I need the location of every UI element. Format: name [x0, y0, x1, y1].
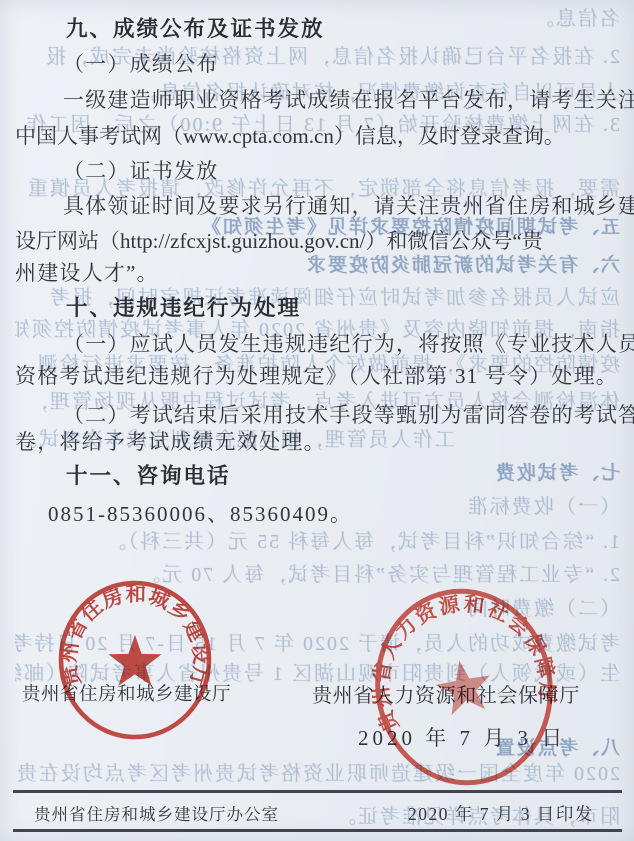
body-line: 具体领证时间及要求另行通知，请关注贵州省住房和城乡建: [63, 190, 634, 220]
footer-print-date: 2020 年 7 月 3 日印发: [408, 801, 594, 826]
svg-text:贵州省人力资源和社会保障厅: 贵州省人力资源和社会保障厅: [368, 585, 560, 736]
section-heading-10: 十、违规违纪行为处理: [66, 291, 301, 322]
subsection-label: （二）证书发放: [63, 155, 218, 185]
section-heading-9: 九、成绩公布及证书发放: [66, 12, 325, 43]
body-line: （一）应试人员发生违规违纪行为，将按照《专业技术人员: [63, 328, 634, 358]
body-line: 资格考试违纪违规行为处理规定》（人社部第 31 号令）处理。: [15, 360, 618, 390]
bleed-through-line: 1. “综合知识”科目考试，每人每科 55 元（共三科）。: [15, 525, 634, 554]
phone-numbers: 0851-85360006、85360409。: [48, 498, 353, 528]
body-line: 州建设人才”。: [15, 257, 159, 287]
hr-dept-seal: 贵州省人力资源和社会保障厅: [368, 585, 560, 791]
footer-issuing-office: 贵州省住房和城乡建设厅办公室: [34, 801, 279, 825]
body-line: （二）考试结束后采用技术手段等甄别为雷同答卷的考试答: [63, 399, 634, 429]
body-line-gov-url: 设厅网站（http://zfcxjst.guizhou.gov.cn/）和微信公…: [15, 225, 543, 255]
footer-rule-bottom: [13, 829, 622, 832]
seal-arc-text: 贵州省人力资源和社会保障厅: [368, 585, 560, 736]
section-heading-11: 十一、咨询电话: [66, 459, 231, 490]
star-icon: [108, 635, 161, 686]
star-icon: [432, 656, 495, 717]
subsection-label: （一）成绩公布: [63, 48, 218, 78]
body-line: 卷，将给予考试成绩无效处理。: [15, 426, 326, 456]
housing-dept-seal: 贵州省住房和城乡建设厅: [55, 578, 215, 744]
scanned-document-page: 名信息。 2. 在报名平台已确认报名信息，网上资格核验尚未完成，报 人员可以自行…: [0, 0, 634, 841]
body-line-cpta-url: 中国人事考试网（www.cpta.com.cn）信息，及时登录查询。: [15, 120, 565, 150]
body-line: 一级建造师职业资格考试成绩在报名平台发布，请考生关注: [63, 84, 634, 114]
